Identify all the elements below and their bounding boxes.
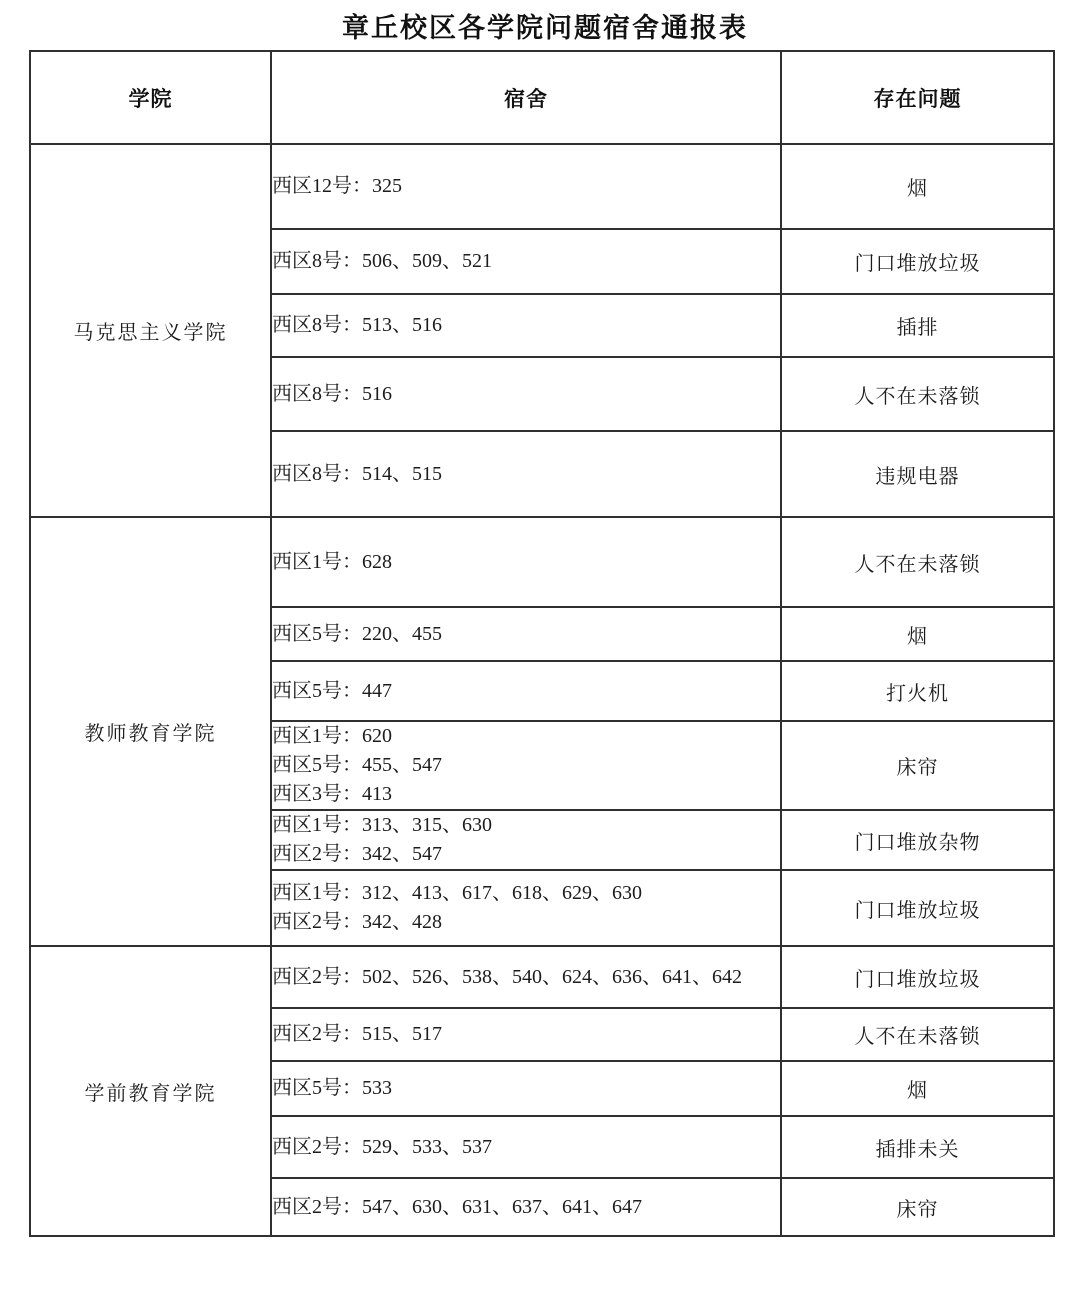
issue-cell: 插排 (781, 294, 1054, 357)
dorm-cell: 西区8号：506、509、521 (271, 229, 781, 294)
issue-cell: 烟 (781, 607, 1054, 661)
header-row: 学院 宿舍 存在问题 (30, 51, 1054, 144)
issue-cell: 门口堆放杂物 (781, 810, 1054, 870)
dorm-cell: 西区12号：325 (271, 144, 781, 229)
dorm-cell: 西区2号：547、630、631、637、641、647 (271, 1178, 781, 1236)
dorm-cell: 西区2号：515、517 (271, 1008, 781, 1061)
issue-cell: 床帘 (781, 1178, 1054, 1236)
dorm-cell: 西区8号：514、515 (271, 431, 781, 517)
col-header-issue: 存在问题 (781, 51, 1054, 144)
dorm-cell: 西区5号：533 (271, 1061, 781, 1116)
table-row: 马克思主义学院 西区12号：325 烟 (30, 144, 1054, 229)
issue-cell: 人不在未落锁 (781, 1008, 1054, 1061)
issue-cell: 人不在未落锁 (781, 517, 1054, 607)
dorm-cell: 西区2号：502、526、538、540、624、636、641、642 (271, 946, 781, 1008)
issue-cell: 烟 (781, 144, 1054, 229)
table-row: 学前教育学院 西区2号：502、526、538、540、624、636、641、… (30, 946, 1054, 1008)
dorm-cell: 西区5号：447 (271, 661, 781, 721)
issue-cell: 门口堆放垃圾 (781, 946, 1054, 1008)
dorm-report-table: 学院 宿舍 存在问题 马克思主义学院 西区12号：325 烟 西区8号：506、… (29, 50, 1055, 1237)
dorm-cell: 西区8号：516 (271, 357, 781, 431)
issue-cell: 烟 (781, 1061, 1054, 1116)
dorm-cell: 西区1号：313、315、630 西区2号：342、547 (271, 810, 781, 870)
dorm-cell: 西区1号：620 西区5号：455、547 西区3号：413 (271, 721, 781, 810)
issue-cell: 违规电器 (781, 431, 1054, 517)
col-header-dorm: 宿舍 (271, 51, 781, 144)
dorm-cell: 西区2号：529、533、537 (271, 1116, 781, 1178)
page-title: 章丘校区各学院问题宿舍通报表 (0, 13, 1090, 43)
college-cell-preschool-education: 学前教育学院 (30, 946, 271, 1236)
issue-cell: 门口堆放垃圾 (781, 229, 1054, 294)
dorm-cell: 西区1号：312、413、617、618、629、630 西区2号：342、42… (271, 870, 781, 946)
issue-cell: 打火机 (781, 661, 1054, 721)
dorm-cell: 西区5号：220、455 (271, 607, 781, 661)
issue-cell: 门口堆放垃圾 (781, 870, 1054, 946)
issue-cell: 床帘 (781, 721, 1054, 810)
college-cell-teacher-education: 教师教育学院 (30, 517, 271, 946)
table-row: 教师教育学院 西区1号：628 人不在未落锁 (30, 517, 1054, 607)
issue-cell: 人不在未落锁 (781, 357, 1054, 431)
college-cell-marxism: 马克思主义学院 (30, 144, 271, 517)
col-header-college: 学院 (30, 51, 271, 144)
issue-cell: 插排未关 (781, 1116, 1054, 1178)
dorm-cell: 西区8号：513、516 (271, 294, 781, 357)
dorm-cell: 西区1号：628 (271, 517, 781, 607)
